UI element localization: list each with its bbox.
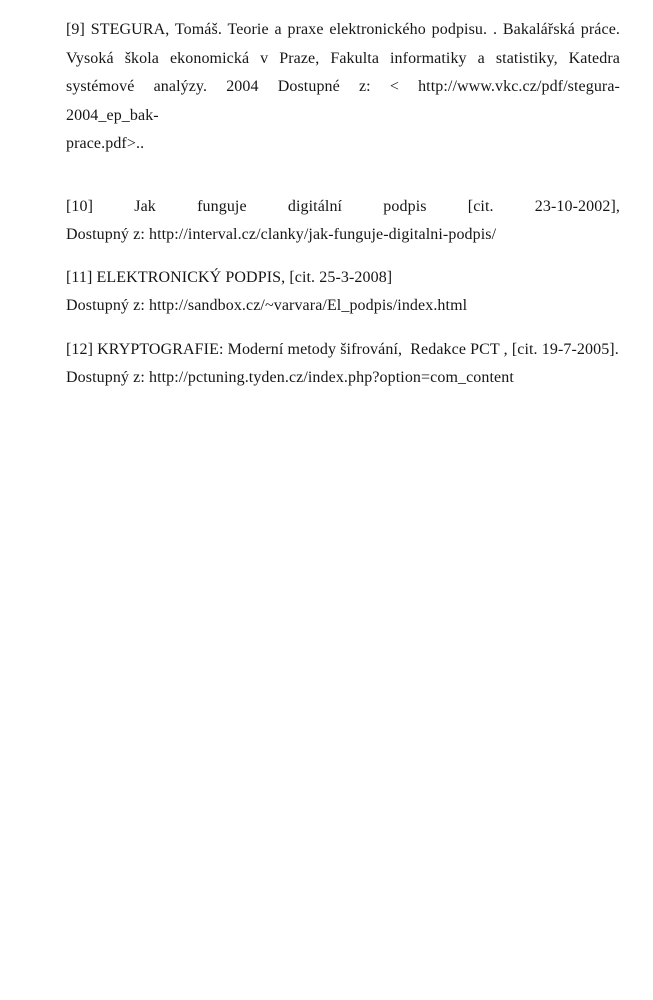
reference-line-url: Dostupný z: http://sandbox.cz/~varvara/E…: [66, 292, 620, 321]
reference-line-url: Dostupný z: http://pctuning.tyden.cz/ind…: [66, 364, 620, 393]
reference-line: [12] KRYPTOGRAFIE: Moderní metody šifrov…: [66, 336, 620, 365]
reference-line: prace.pdf>..: [66, 130, 620, 159]
reference-line: Vysoká škola ekonomická v Praze, Fakulta…: [66, 45, 620, 74]
reference-line: [11] ELEKTRONICKÝ PODPIS, [cit. 25-3-200…: [66, 264, 620, 293]
references-section: [9] STEGURA, Tomáš. Teorie a praxe elekt…: [66, 16, 620, 393]
reference-line: systémové analýzy. 2004 Dostupné z: < ht…: [66, 73, 620, 130]
reference-entry-10: [10] Jak funguje digitální podpis [cit. …: [66, 193, 620, 250]
document-page: [9] STEGURA, Tomáš. Teorie a praxe elekt…: [0, 0, 653, 1000]
reference-line: [9] STEGURA, Tomáš. Teorie a praxe elekt…: [66, 16, 620, 45]
reference-entry-11: [11] ELEKTRONICKÝ PODPIS, [cit. 25-3-200…: [66, 264, 620, 321]
reference-entry-9: [9] STEGURA, Tomáš. Teorie a praxe elekt…: [66, 16, 620, 159]
reference-line: [10] Jak funguje digitální podpis [cit. …: [66, 193, 620, 222]
reference-entry-12: [12] KRYPTOGRAFIE: Moderní metody šifrov…: [66, 336, 620, 393]
reference-line-url: Dostupný z: http://interval.cz/clanky/ja…: [66, 221, 620, 250]
